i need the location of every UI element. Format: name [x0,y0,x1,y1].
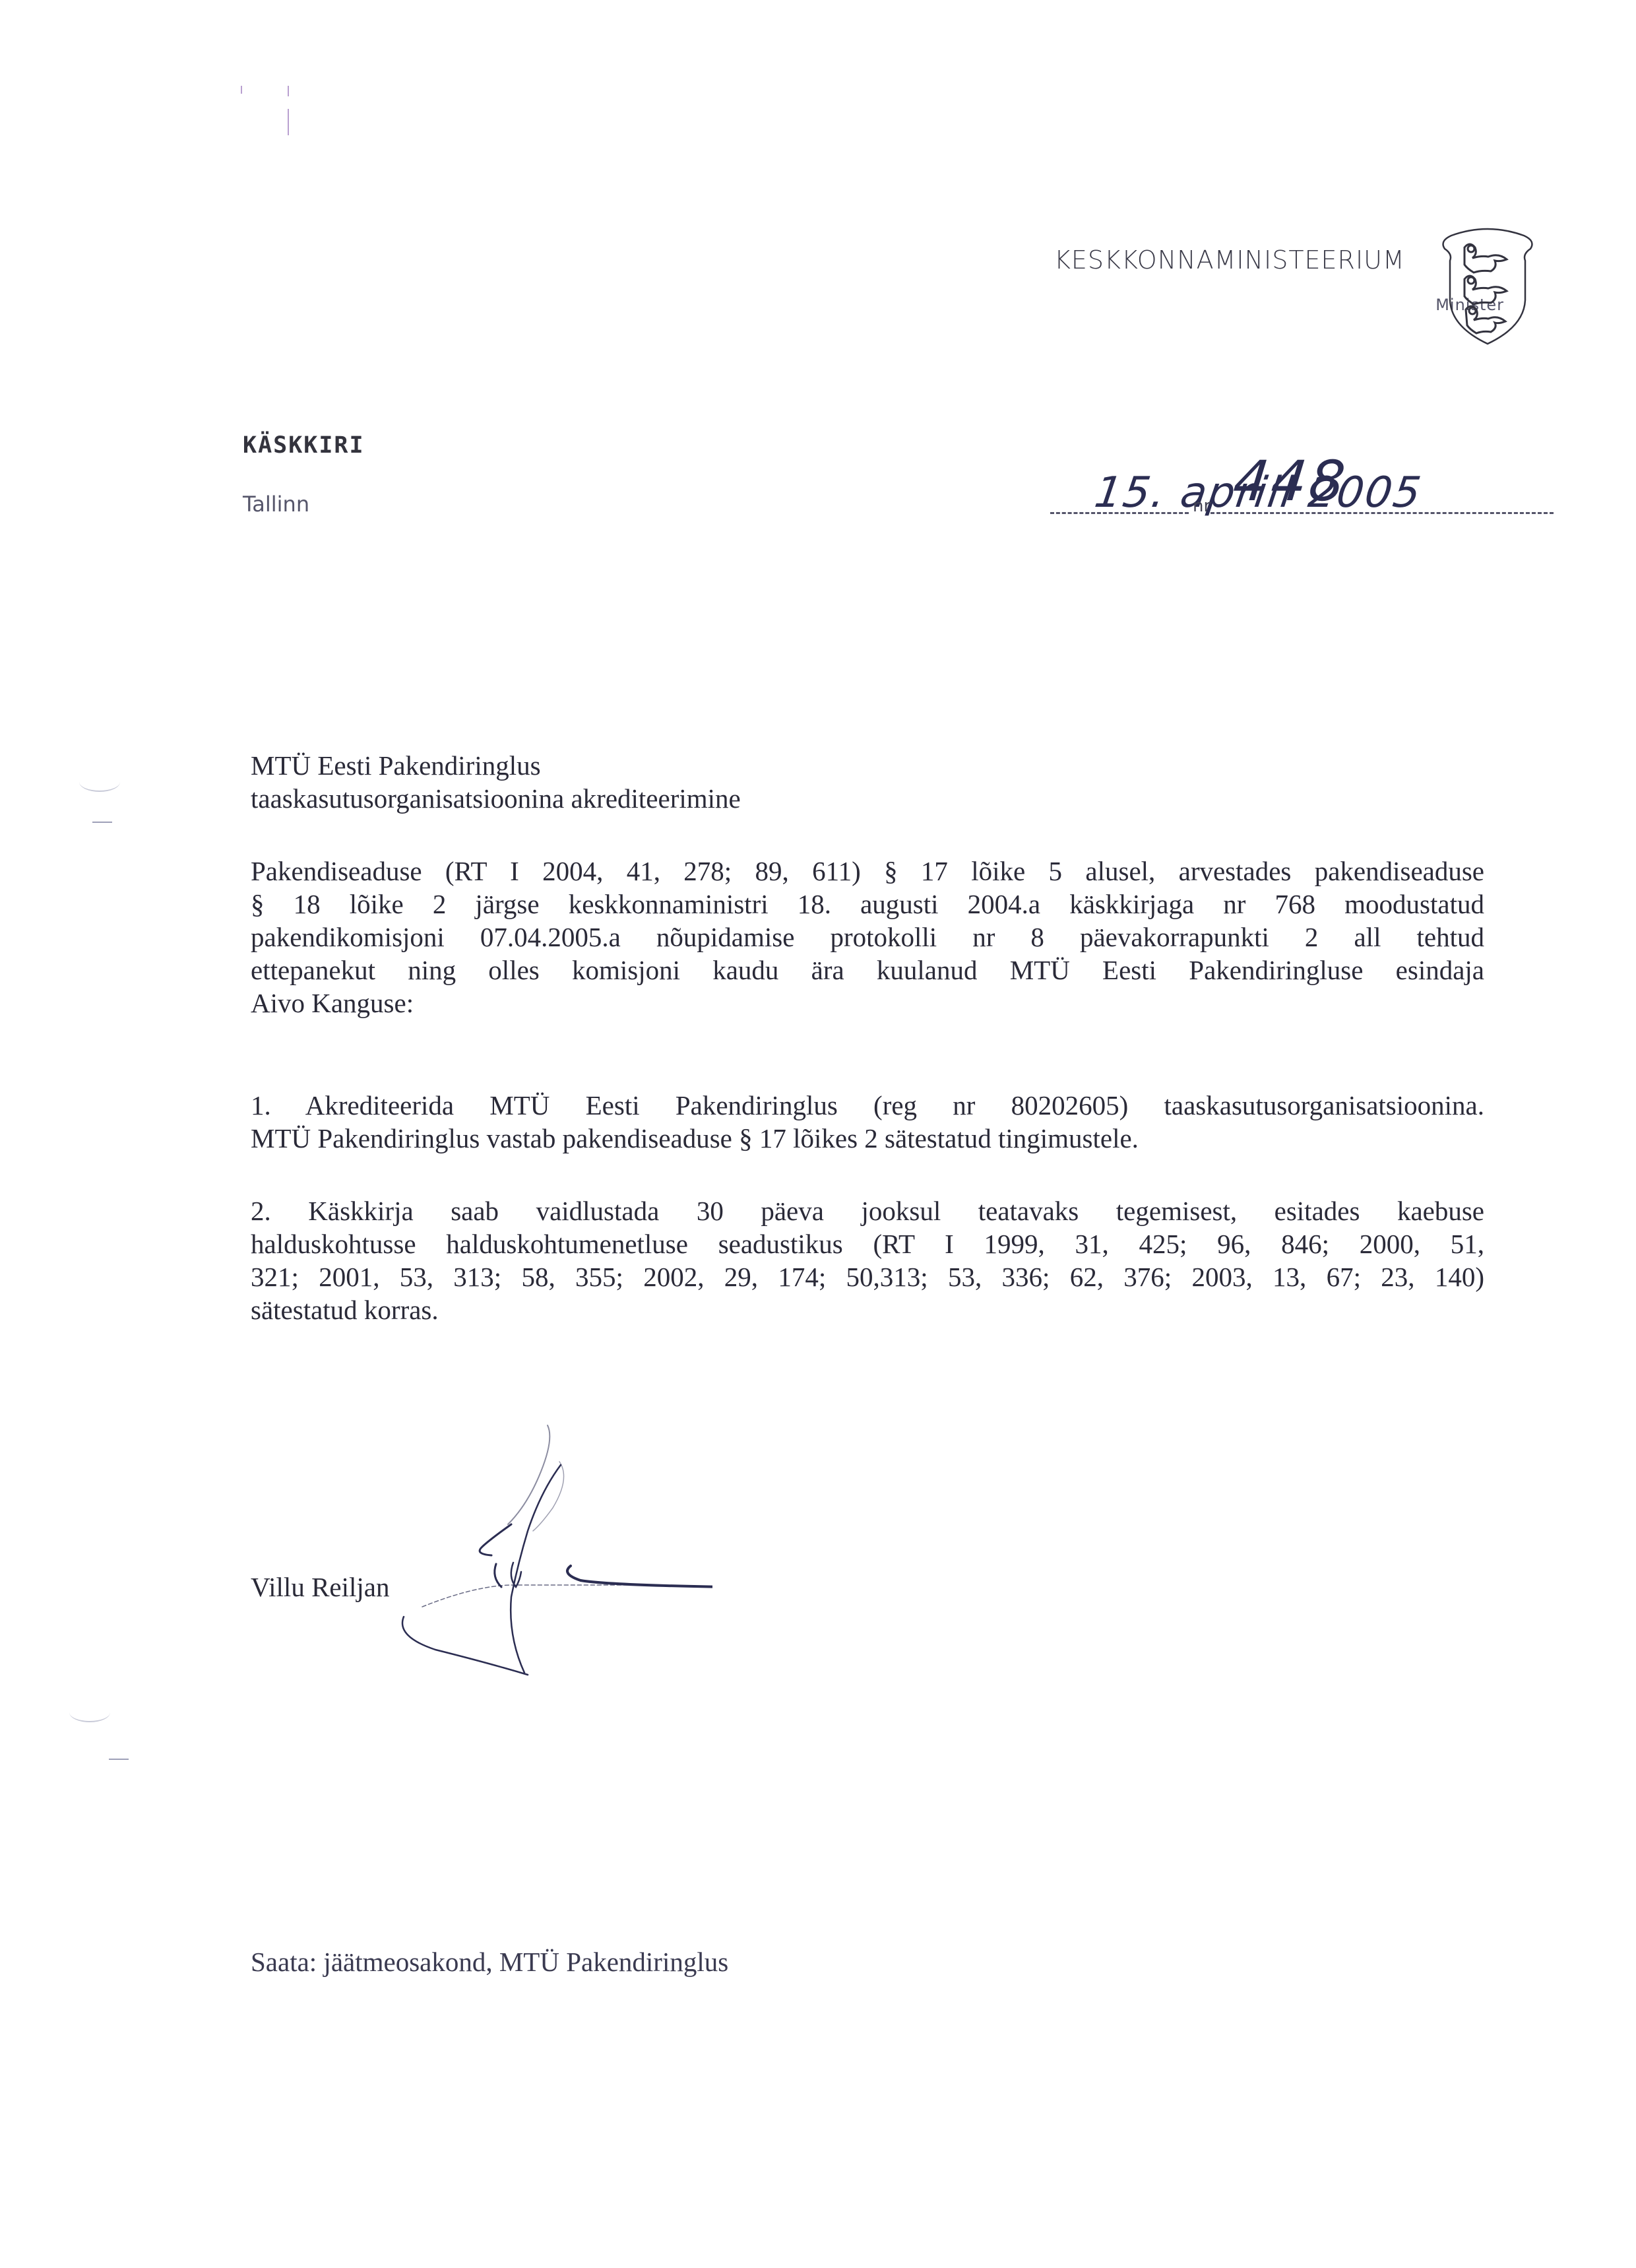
handwritten-number: 448 [1230,449,1351,513]
clause-line: sätestatud korras. [251,1293,1484,1326]
paragraph-line: § 18 lõike 2 järgse keskkonnaministri 18… [251,888,1484,921]
clause-2: 2. Käskkirja saab vaidlustada 30 päeva j… [251,1194,1484,1326]
document-subject: MTÜ Eesti Pakendiringlus taaskasutusorga… [251,749,1504,815]
paragraph-line: Pakendiseaduse (RT I 2004, 41, 278; 89, … [251,855,1484,888]
clause-line: 321; 2001, 53, 313; 58, 355; 2002, 29, 1… [251,1260,1484,1293]
clause-line: 2. Käskkirja saab vaidlustada 30 päeva j… [251,1194,1484,1227]
handwritten-signature [343,1399,712,1676]
coat-of-arms-icon [1438,221,1537,346]
clause-1: 1. Akrediteerida MTÜ Eesti Pakendiringlu… [251,1089,1484,1155]
signer-name: Villu Reiljan [251,1571,390,1604]
scan-speck [241,86,242,94]
subject-line: taaskasutusorganisatsioonina akrediteeri… [251,782,1504,815]
punch-hole-mark [69,1702,110,1722]
document-place: Tallinn [243,492,309,517]
clause-line: MTÜ Pakendiringlus vastab pakendiseaduse… [251,1122,1484,1155]
clause-line: halduskohtusse halduskohtumenetluse sead… [251,1227,1484,1260]
distribution-list: Saata: jäätmeosakond, MTÜ Pakendiringlus [251,1945,728,1978]
subject-line: MTÜ Eesti Pakendiringlus [251,749,1504,782]
preamble-paragraph: Pakendiseaduse (RT I 2004, 41, 278; 89, … [251,855,1484,1020]
scan-speck [288,109,289,135]
scan-mark [109,1759,129,1760]
scan-mark [92,822,112,823]
punch-hole-mark [79,772,120,792]
paragraph-line: pakendikomisjoni 07.04.2005.a nõupidamis… [251,921,1484,954]
paragraph-line: Aivo Kanguse: [251,987,1484,1020]
scan-speck [288,86,289,96]
paragraph-line: ettepanekut ning olles komisjoni kaudu ä… [251,954,1484,987]
document-type: KÄSKKIRI [243,432,365,459]
clause-line: 1. Akrediteerida MTÜ Eesti Pakendiringlu… [251,1089,1484,1122]
number-label: nr [1193,496,1211,516]
